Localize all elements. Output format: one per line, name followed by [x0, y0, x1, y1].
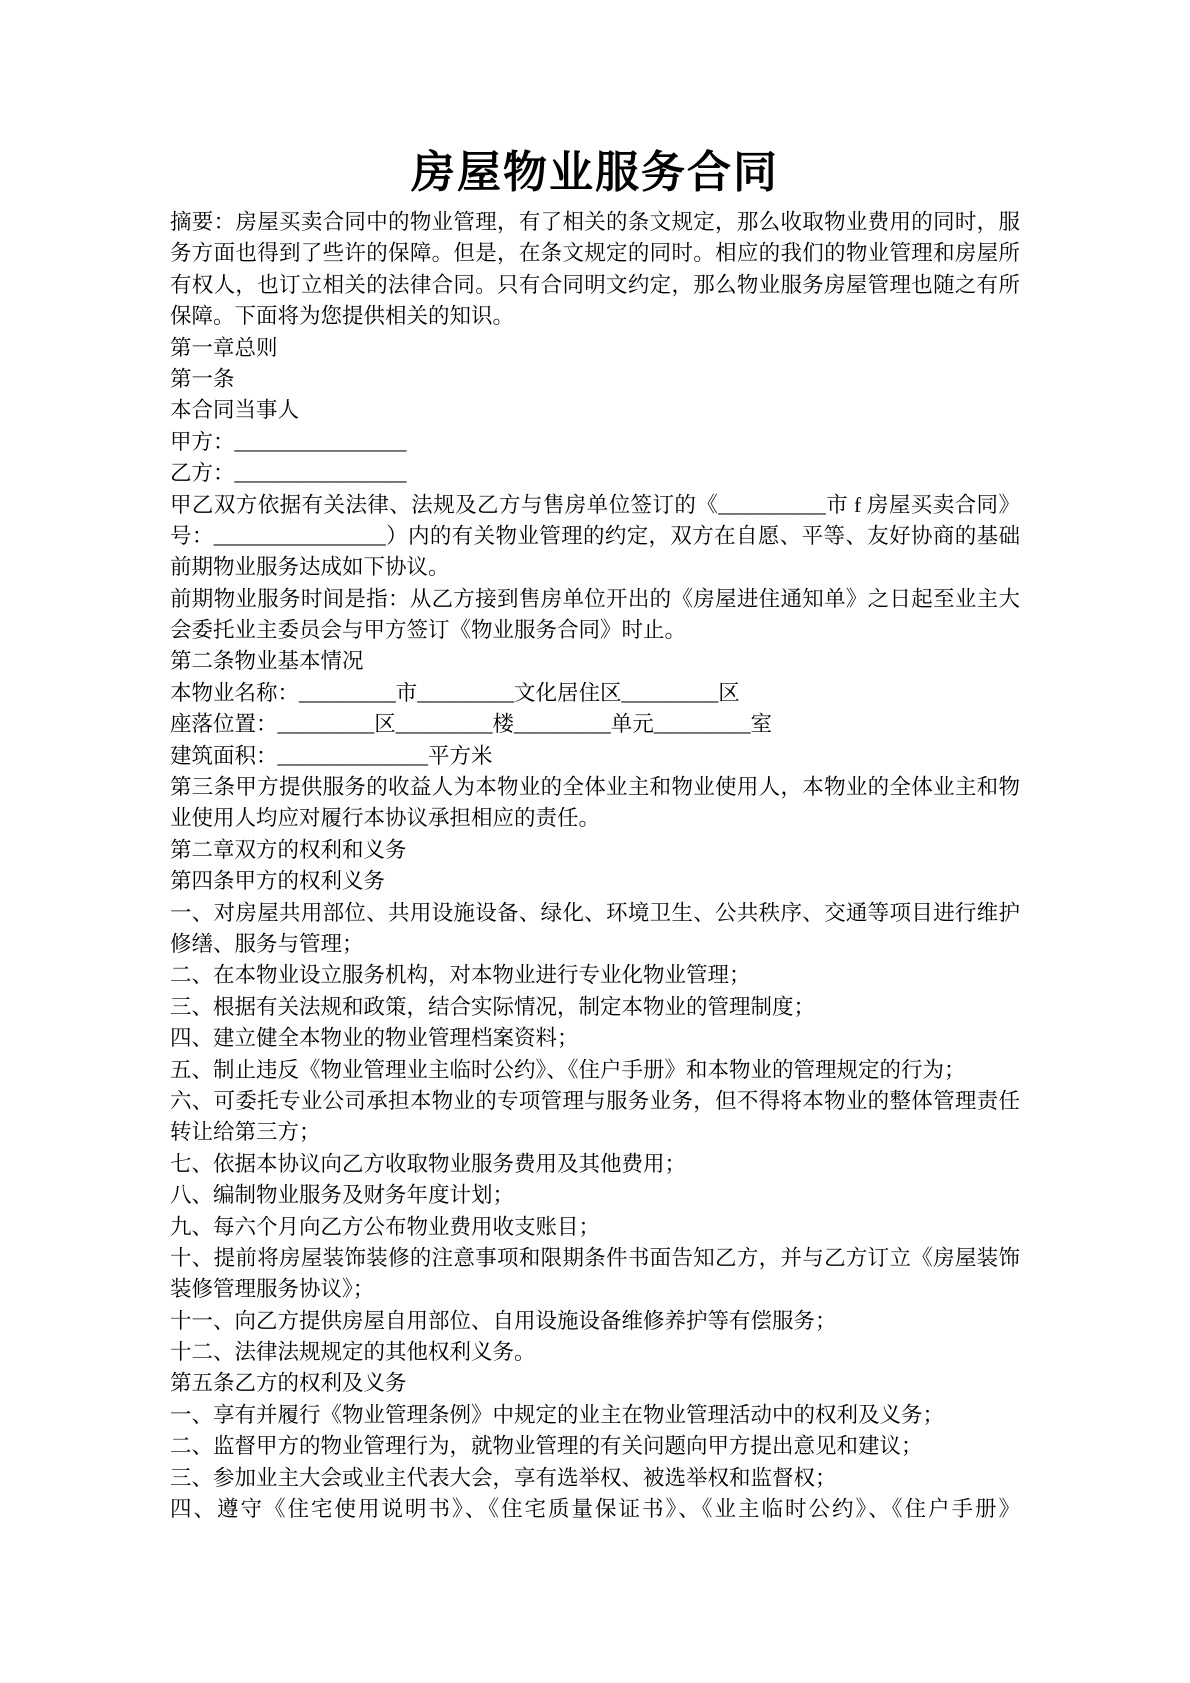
document-line: 座落位置：_________区_________楼_________单元____… — [170, 709, 1020, 740]
document-line: 保障。下面将为您提供相关的知识。 — [170, 301, 1020, 332]
document-line: 二、在本物业设立服务机构，对本物业进行专业化物业管理； — [170, 960, 1020, 991]
document-line: 建筑面积：______________平方米 — [170, 741, 1020, 772]
document-title: 房屋物业服务合同 — [0, 0, 1190, 204]
document-line: 第二条物业基本情况 — [170, 646, 1020, 677]
document-line: 三、参加业主大会或业主代表大会，享有选举权、被选举权和监督权； — [170, 1463, 1020, 1494]
document-line: 四、建立健全本物业的物业管理档案资料； — [170, 1023, 1020, 1054]
document-line: 本合同当事人 — [170, 395, 1020, 426]
document-line: 九、每六个月向乙方公布物业费用收支账目； — [170, 1212, 1020, 1243]
document-line: 本物业名称：_________市_________文化居住区_________区 — [170, 678, 1020, 709]
document-line: 会委托业主委员会与甲方签订《物业服务合同》时止。 — [170, 615, 1020, 646]
document-line: 七、依据本协议向乙方收取物业服务费用及其他费用； — [170, 1149, 1020, 1180]
document-line: 第二章双方的权利和义务 — [170, 835, 1020, 866]
document-body: 摘要：房屋买卖合同中的物业管理，有了相关的条文规定，那么收取物业费用的同时，服务… — [170, 207, 1020, 1525]
document-line: 乙方：________________ — [170, 458, 1020, 489]
document-line: 十二、法律法规规定的其他权利义务。 — [170, 1337, 1020, 1368]
document-line: 甲乙双方依据有关法律、法规及乙方与售房单位签订的《__________市 f 房… — [170, 490, 1020, 521]
document-line: 前期物业服务达成如下协议。 — [170, 552, 1020, 583]
document-line: 第三条甲方提供服务的收益人为本物业的全体业主和物业使用人，本物业的全体业主和物 — [170, 772, 1020, 803]
document-line: 十、提前将房屋装饰装修的注意事项和限期条件书面告知乙方，并与乙方订立《房屋装饰 — [170, 1243, 1020, 1274]
document-line: 六、可委托专业公司承担本物业的专项管理与服务业务，但不得将本物业的整体管理责任 — [170, 1086, 1020, 1117]
document-line: 一、享有并履行《物业管理条例》中规定的业主在物业管理活动中的权利及义务； — [170, 1400, 1020, 1431]
document-line: 八、编制物业服务及财务年度计划； — [170, 1180, 1020, 1211]
document-line: 甲方：________________ — [170, 427, 1020, 458]
document-line: 摘要：房屋买卖合同中的物业管理，有了相关的条文规定，那么收取物业费用的同时，服 — [170, 207, 1020, 238]
document-line: 修缮、服务与管理； — [170, 929, 1020, 960]
document-line: 转让给第三方； — [170, 1117, 1020, 1148]
document-line: 前期物业服务时间是指：从乙方接到售房单位开出的《房屋进住通知单》之日起至业主大 — [170, 584, 1020, 615]
document-line: 四、遵守《住宅使用说明书》、《住宅质量保证书》、《业主临时公约》、《住户手册》 — [170, 1494, 1020, 1525]
document-line: 十一、向乙方提供房屋自用部位、自用设施设备维修养护等有偿服务； — [170, 1306, 1020, 1337]
document-line: 第五条乙方的权利及义务 — [170, 1368, 1020, 1399]
document-line: 有权人，也订立相关的法律合同。只有合同明文约定，那么物业服务房屋管理也随之有所 — [170, 270, 1020, 301]
document-line: 第一条 — [170, 364, 1020, 395]
document-line: 装修管理服务协议》； — [170, 1274, 1020, 1305]
document-line: 第一章总则 — [170, 333, 1020, 364]
document-line: 一、对房屋共用部位、共用设施设备、绿化、环境卫生、公共秩序、交通等项目进行维护 — [170, 898, 1020, 929]
document-line: 二、监督甲方的物业管理行为，就物业管理的有关问题向甲方提出意见和建议； — [170, 1431, 1020, 1462]
document-line: 三、根据有关法规和政策，结合实际情况，制定本物业的管理制度； — [170, 992, 1020, 1023]
document-line: 务方面也得到了些许的保障。但是，在条文规定的同时。相应的我们的物业管理和房屋所 — [170, 238, 1020, 269]
document-line: 五、制止违反《物业管理业主临时公约》、《住户手册》和本物业的管理规定的行为； — [170, 1055, 1020, 1086]
document-line: 第四条甲方的权利义务 — [170, 866, 1020, 897]
document-line: 业使用人均应对履行本协议承担相应的责任。 — [170, 803, 1020, 834]
document-page: 房屋物业服务合同 摘要：房屋买卖合同中的物业管理，有了相关的条文规定，那么收取物… — [0, 0, 1190, 1683]
document-line: 号：________________）内的有关物业管理的约定，双方在自愿、平等、… — [170, 521, 1020, 552]
